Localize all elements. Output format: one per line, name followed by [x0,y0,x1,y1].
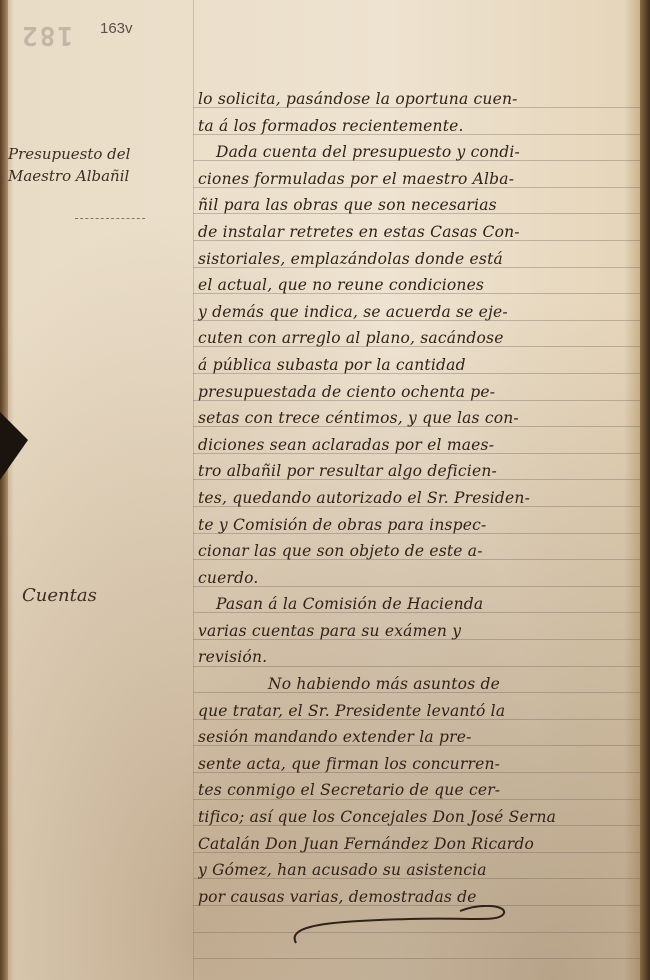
text-line: y demás que indica, se acuerda se eje- [198,299,643,326]
text-line: sesión mandando extender la pre- [198,724,643,751]
margin-dash-mark [75,218,145,220]
text-line: varias cuentas para su exámen y [198,618,643,645]
closing-flourish-icon [290,905,530,945]
text-line: cionar las que son objeto de este a- [198,538,643,565]
text-line: No habiendo más asuntos de [198,671,643,698]
text-line: te y Comisión de obras para inspec- [198,512,643,539]
text-line: Pasan á la Comisión de Hacienda [198,591,643,618]
folio-stamp: 182 [20,20,73,50]
text-line: diciones sean aclaradas por el maes- [198,432,643,459]
text-line: sistoriales, emplazándolas donde está [198,246,643,273]
margin-note-line: Cuentas [22,585,97,607]
text-line: ta á los formados recientemente. [198,113,643,140]
text-line: y Gómez, han acusado su asistencia [198,857,643,884]
handwritten-body: lo solicita, pasándose la oportuna cuen-… [198,86,643,910]
text-line: sente acta, que firman los concurren- [198,751,643,778]
text-line: tifico; así que los Concejales Don José … [198,804,643,831]
page-left-edge [0,0,8,980]
text-line: cuerdo. [198,565,643,592]
text-line: cuten con arreglo al plano, sacándose [198,325,643,352]
text-line: presupuestada de ciento ochenta pe- [198,379,643,406]
binding-tab [0,412,28,480]
text-line: tes, quedando autorizado el Sr. Presiden… [198,485,643,512]
ledger-page: 182 163v Presupuesto del Maestro Albañil… [0,0,650,980]
margin-note-line: Presupuesto del [8,143,130,165]
text-line: el actual, que no reune condiciones [198,272,643,299]
text-line: revisión. [198,644,643,671]
text-line: de instalar retretes en estas Casas Con- [198,219,643,246]
text-line: ñil para las obras que son necesarias [198,192,643,219]
text-line: que tratar, el Sr. Presidente levantó la [198,698,643,725]
margin-note-presupuesto: Presupuesto del Maestro Albañil [8,143,130,187]
margin-note-line: Maestro Albañil [8,165,130,187]
text-line: lo solicita, pasándose la oportuna cuen- [198,86,643,113]
text-line: tes conmigo el Secretario de que cer- [198,777,643,804]
ruled-line [193,958,643,959]
text-line: setas con trece céntimos, y que las con- [198,405,643,432]
margin-rule-line [193,0,194,980]
text-line: ciones formuladas por el maestro Alba- [198,166,643,193]
margin-note-cuentas: Cuentas [22,585,97,607]
text-line: Dada cuenta del presupuesto y condi- [198,139,643,166]
folio-number: 163v [100,20,133,37]
text-line: tro albañil por resultar algo deficien- [198,458,643,485]
text-line: Catalán Don Juan Fernández Don Ricardo [198,831,643,858]
text-line: á pública subasta por la cantidad [198,352,643,379]
